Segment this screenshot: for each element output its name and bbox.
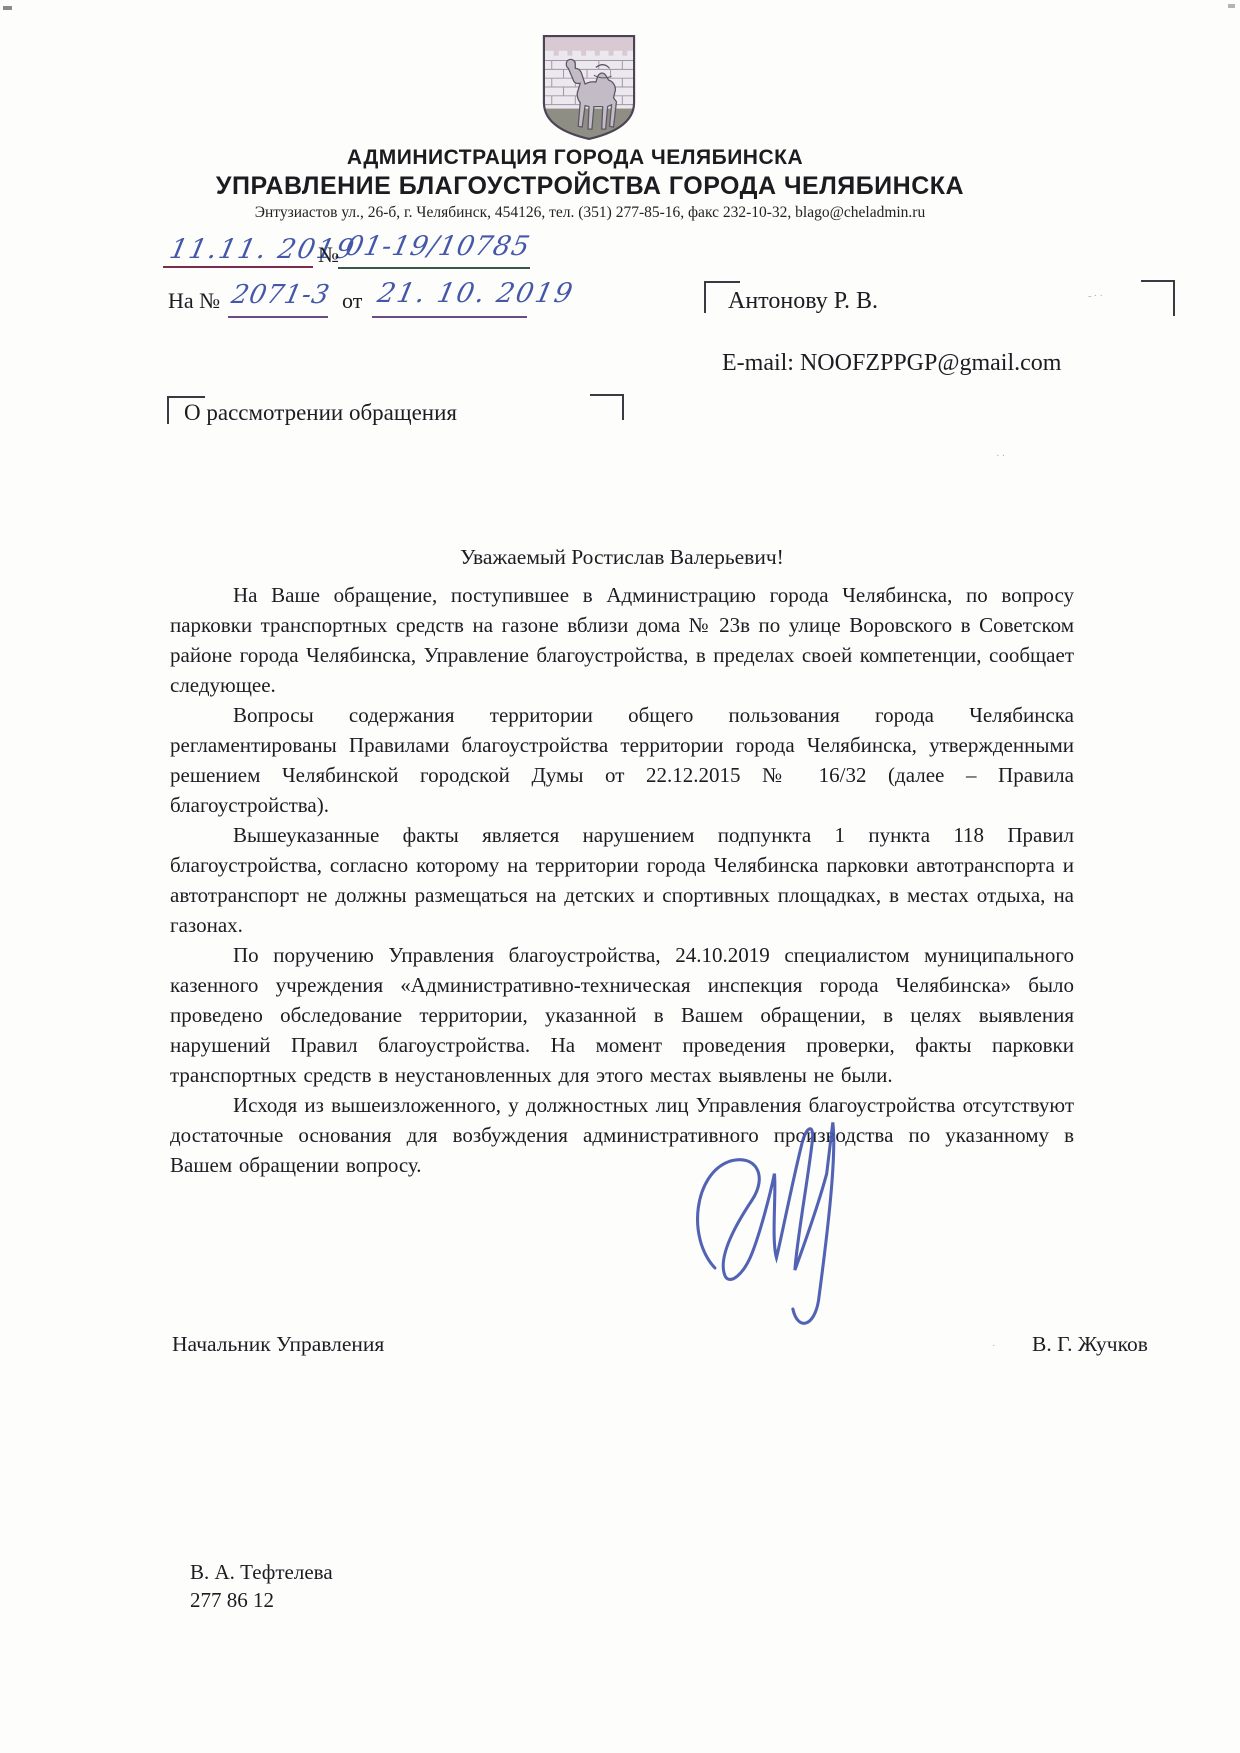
chelyabinsk-camel-icon <box>540 32 638 142</box>
body-paragraph: По поручению Управления благоустройства,… <box>170 940 1074 1090</box>
body-paragraph: Вышеуказанные факты является нарушением … <box>170 820 1074 940</box>
recipient-name: Антонову Р. В. <box>728 288 878 315</box>
reply-date-label: от <box>342 288 362 314</box>
subject-line: О рассмотрении обращения <box>184 400 457 426</box>
recipient-email: E-mail: NOOFZPPGP@gmail.com <box>722 350 1061 377</box>
org-address-line: Энтузиастов ул., 26-б, г. Челябинск, 454… <box>0 204 1180 222</box>
body-paragraph: На Ваше обращение, поступившее в Админис… <box>170 580 1074 700</box>
scan-artifact: · <box>992 1340 998 1352</box>
signer-name: В. Г. Жучков <box>1032 1332 1148 1357</box>
scanned-letter-page: АДМИНИСТРАЦИЯ ГОРОДА ЧЕЛЯБИНСКА УПРАВЛЕН… <box>0 0 1240 1753</box>
scan-artifact <box>3 6 12 10</box>
executor-phone: 277 86 12 <box>190 1588 274 1613</box>
subject-corner-bracket-right <box>590 394 624 420</box>
org-name-line2: УПРАВЛЕНИЕ БЛАГОУСТРОЙСТВА ГОРОДА ЧЕЛЯБИ… <box>0 172 1180 201</box>
coat-of-arms-emblem <box>540 32 638 147</box>
scan-artifact: -·· <box>982 1012 999 1024</box>
body-paragraph: Вопросы содержания территории общего пол… <box>170 700 1074 820</box>
recipient-corner-bracket-right <box>1141 280 1175 316</box>
number-sign-label: № <box>318 242 339 268</box>
reply-number-underline <box>228 316 328 318</box>
signature-ink <box>676 1112 881 1347</box>
reply-number-handwritten: 2071-3 <box>229 280 333 310</box>
salutation: Уважаемый Ростислав Валерьевич! <box>170 545 1074 570</box>
org-name-line1: АДМИНИСТРАЦИЯ ГОРОДА ЧЕЛЯБИНСКА <box>0 146 1150 170</box>
outgoing-number-handwritten: 01-19/10785 <box>343 231 533 262</box>
body-paragraph: Исходя из вышеизложенного, у должностных… <box>170 1090 1074 1180</box>
reply-date-underline <box>372 316 527 318</box>
signer-position: Начальник Управления <box>172 1332 384 1357</box>
number-underline <box>338 267 530 269</box>
scan-artifact: -·· <box>1088 290 1105 302</box>
scan-artifact <box>1228 4 1235 8</box>
reply-to-number-label: На № <box>168 288 220 314</box>
scan-artifact: ·· <box>996 450 1007 462</box>
date-underline <box>163 266 313 268</box>
reply-date-handwritten: 21. 10. 2019 <box>375 278 577 309</box>
letter-body: На Ваше обращение, поступившее в Админис… <box>170 580 1074 1180</box>
executor-name: В. А. Тефтелева <box>190 1560 333 1585</box>
